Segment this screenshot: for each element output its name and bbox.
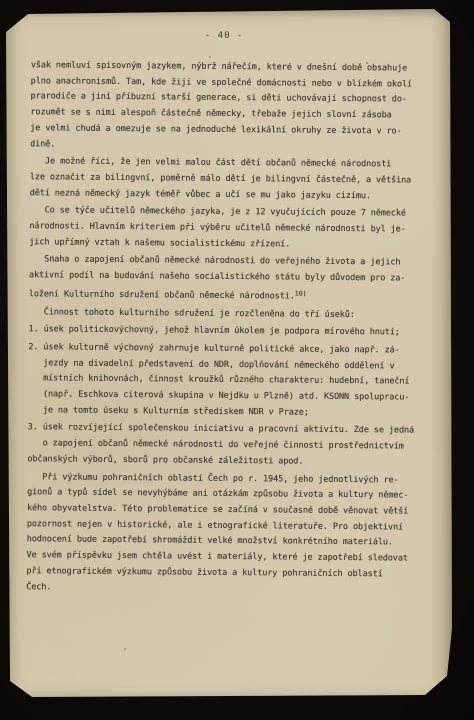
paragraph-dialect: však nemluví spisovným jazykem, nýbrž ná… xyxy=(30,58,427,156)
scanned-page-photo: - 40 - však nemluví spisovným jazykem, n… xyxy=(0,0,474,720)
typewritten-content: - 40 - však nemluví spisovným jazykem, n… xyxy=(0,6,456,706)
page-number: - 40 - xyxy=(4,29,444,43)
paragraph-three-sections-intro: Činnost tohoto kulturního sdružení je ro… xyxy=(29,305,425,324)
page-body-text: však nemluví spisovným jazykem, nýbrž ná… xyxy=(26,58,427,601)
document-page: - 40 - však nemluví spisovným jazykem, n… xyxy=(4,8,456,704)
paper-speck xyxy=(209,56,211,58)
paper-speck xyxy=(402,178,404,179)
list-item-cultural-section: 2. úsek kulturně výchovný zahrnuje kultu… xyxy=(28,340,425,422)
paragraph-german-teachers: Co se týče učitelů německého jazyka, je … xyxy=(29,204,425,255)
paragraph-cultural-association: Snaha o zapojení občanů německé národnos… xyxy=(29,253,425,307)
paragraph-border-research: Při výzkumu pohraničních oblastí Čech po… xyxy=(26,470,423,599)
paper-speck xyxy=(124,648,126,650)
paragraph-bilingual-children: Je možné říci, že jen velmi malou část d… xyxy=(30,154,426,205)
paragraph-cultural-association-text: Snaha o zapojení občanů německé národnos… xyxy=(29,255,406,302)
paper-speck xyxy=(366,62,368,64)
list-item-political-section: 1. úsek politickovýchovný, jehož hlavním… xyxy=(28,322,424,341)
footnote-reference: 10) xyxy=(295,289,307,297)
list-item-social-initiative-section: 3. úsek rozvíjející společenskou iniciat… xyxy=(27,421,423,472)
